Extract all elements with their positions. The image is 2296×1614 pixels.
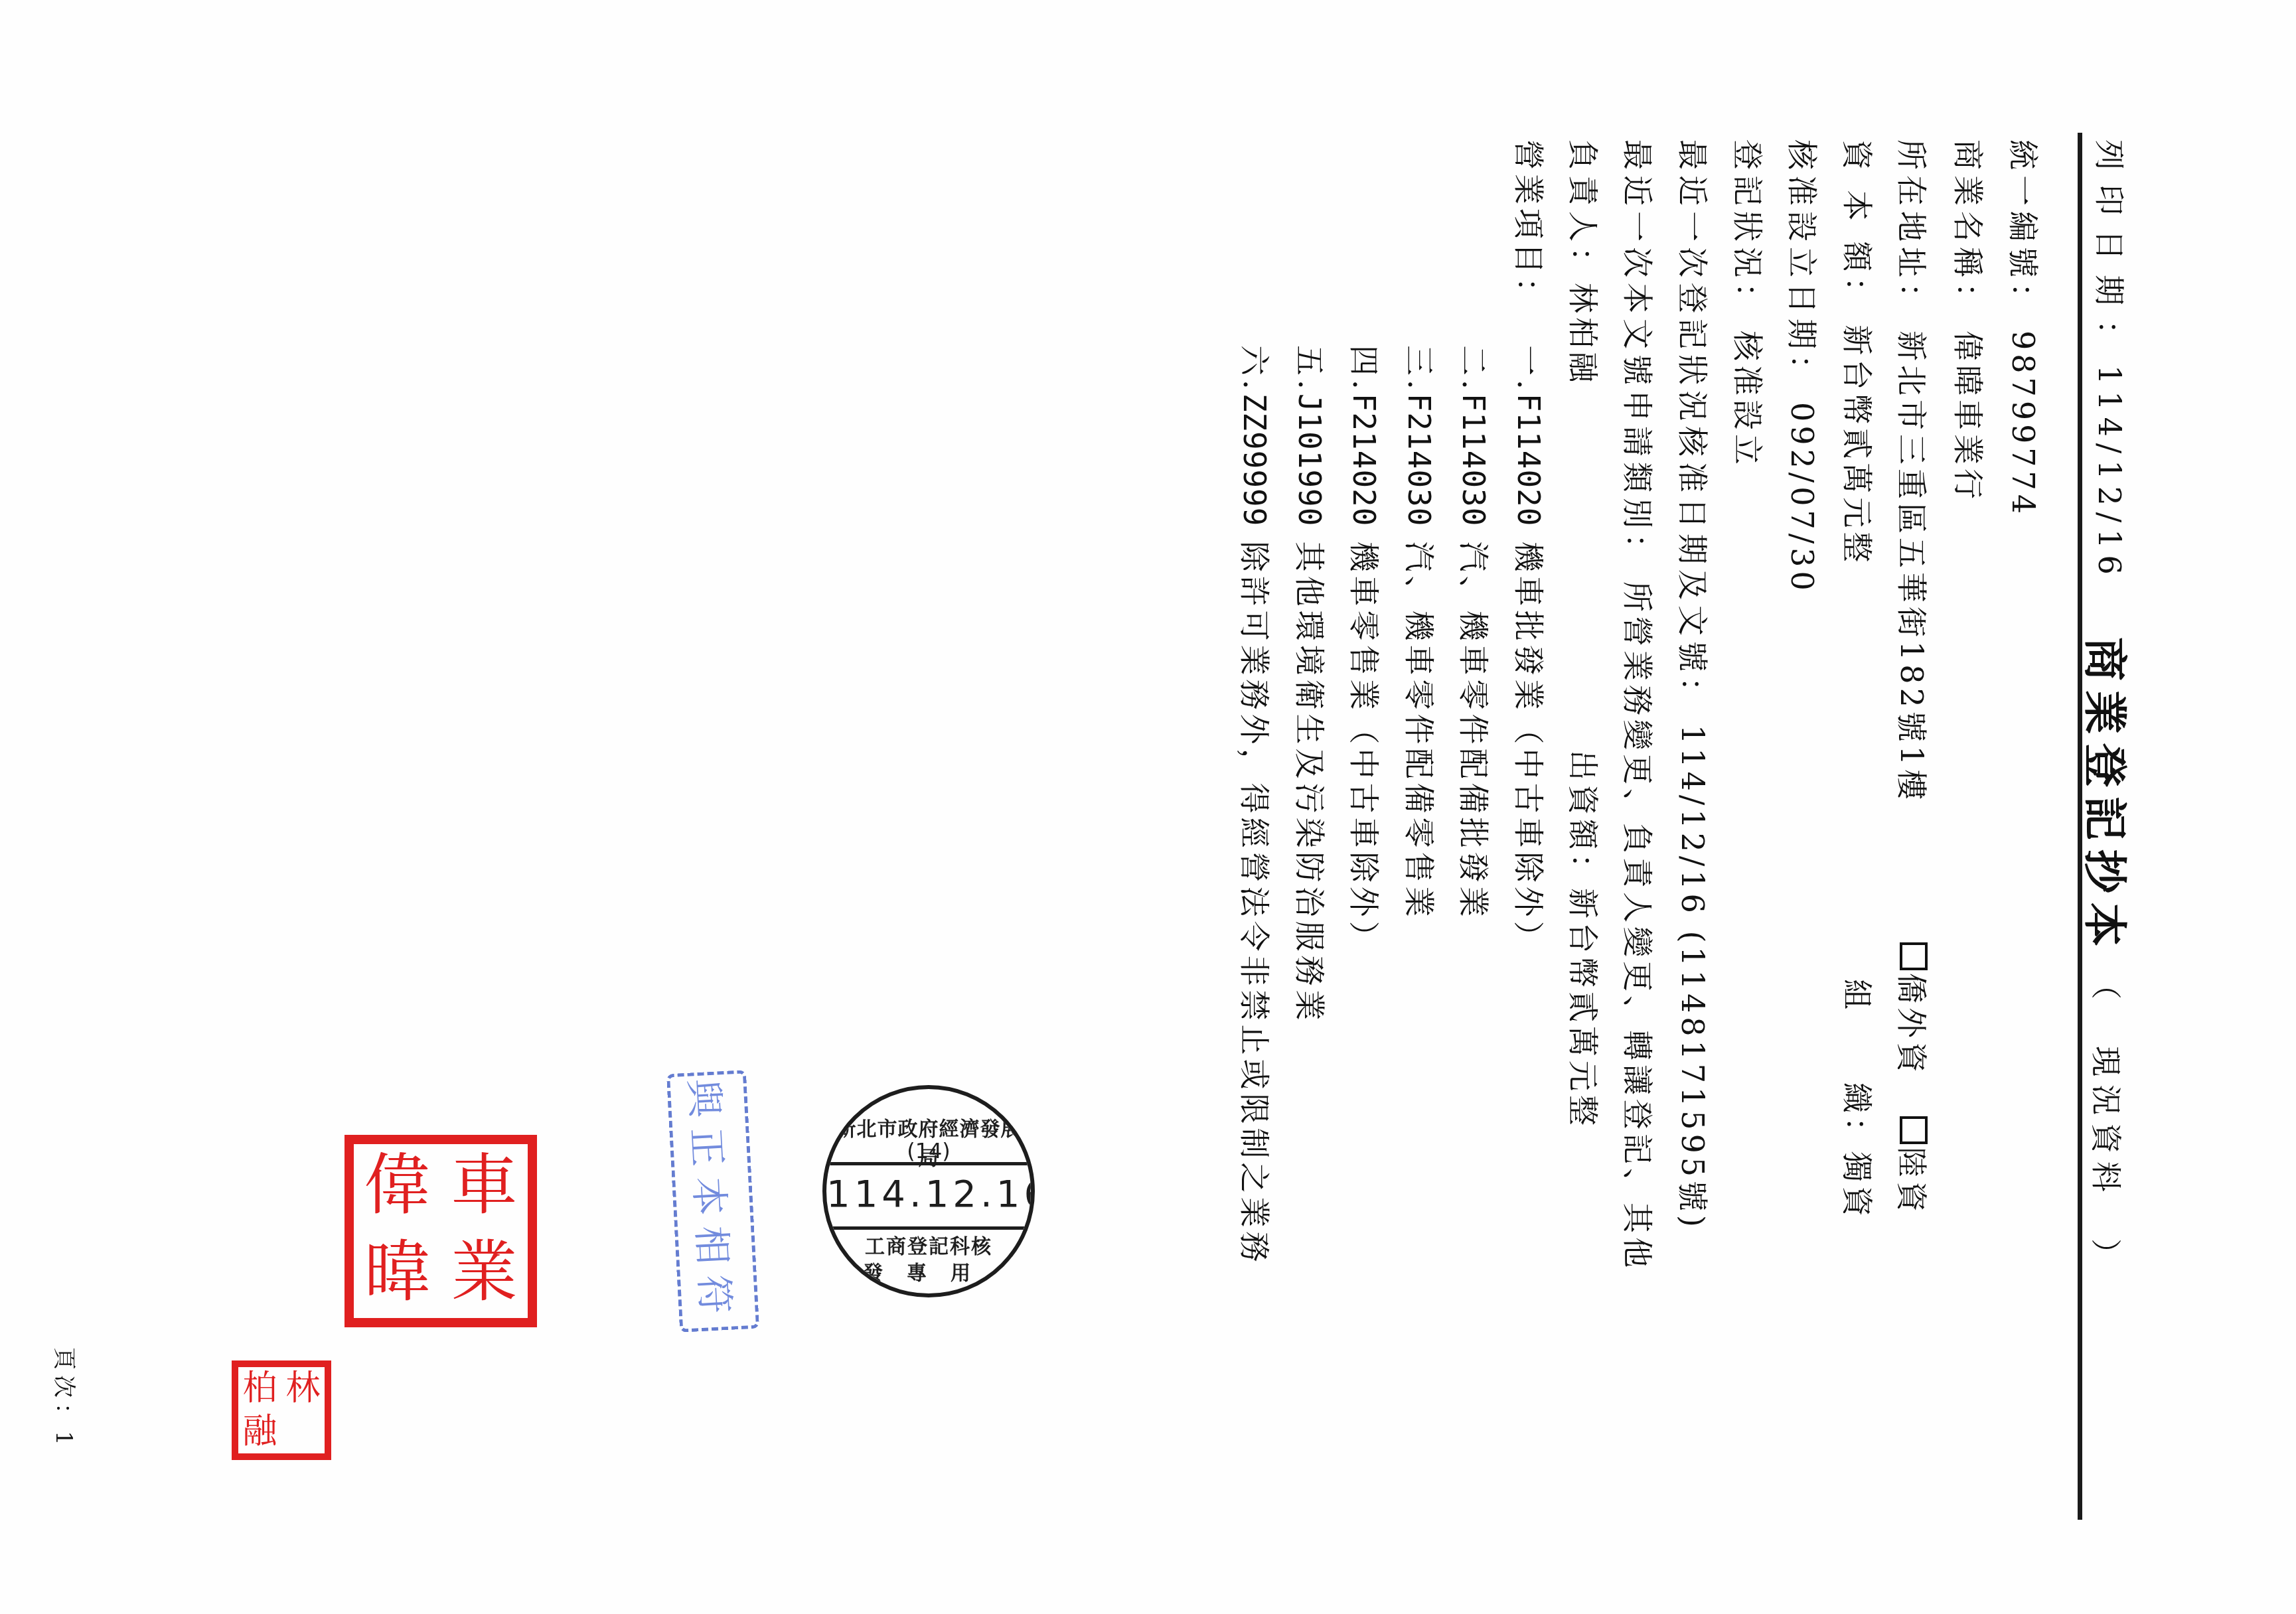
document-subtitle: （ 現況資料 ） <box>2086 969 2130 1277</box>
overseas-chinese-label: 僑外資 <box>1894 973 1930 1076</box>
date-seal-purpose: 發專用 <box>826 1256 1031 1285</box>
mainland-checkbox <box>1900 1116 1928 1144</box>
latest-application-type-value: 所營業務變更、負責人變更、轉讓登記、其他 <box>1620 581 1655 1272</box>
company-seal-char: 暐 <box>354 1231 441 1318</box>
organization-value: 獨資 <box>1839 1151 1875 1220</box>
address-row: 所在地址：新北市三重區五華街182號1樓 <box>1892 139 1936 804</box>
unified-number-value: 98799774 <box>2005 330 2041 518</box>
item-code: F114030 <box>1456 394 1492 527</box>
date-seal-date: 114.12.16 <box>826 1173 1031 1216</box>
item-code: ZZ99999 <box>1237 394 1273 527</box>
capital-contribution-label: 出資額： <box>1565 750 1601 888</box>
capital-contribution-value: 新台幣貳萬元整 <box>1565 888 1601 1130</box>
capital-contribution: 出資額：新台幣貳萬元整 <box>1563 750 1607 1130</box>
registration-status-label: 登記狀況： <box>1728 139 1772 319</box>
item-desc: 汽、機車零件配備批發業 <box>1456 542 1492 921</box>
person-seal-char: 柏 <box>238 1367 281 1410</box>
capital-source-checkboxes: 僑外資陸資 <box>1892 942 1936 1216</box>
person-seal-char: 林 <box>281 1367 325 1410</box>
item-index: 六. <box>1237 345 1273 394</box>
responsible-person-value: 林柏融 <box>1565 283 1601 386</box>
capital-value: 新台幣貳萬元整 <box>1839 325 1875 566</box>
establish-date-value: 092/07/30 <box>1784 402 1820 595</box>
business-items-list: 一.F114020機車批發業（中古車除外） 二.F114030汽、機車零件配備批… <box>1224 345 1553 1266</box>
person-seal-char <box>281 1410 325 1453</box>
item-desc: 機車零售業（中古車除外） <box>1347 542 1383 956</box>
responsible-person-row: 負責人：林柏融 <box>1563 139 1607 386</box>
date-seal-number: (14) <box>826 1138 1031 1163</box>
business-item: 一.F114020機車批發業（中古車除外） <box>1498 345 1553 1266</box>
registration-status-value: 核准設立 <box>1730 330 1766 469</box>
item-code: J101990 <box>1292 394 1328 527</box>
company-seal-char: 偉 <box>354 1144 441 1231</box>
item-desc: 機車批發業（中古車除外） <box>1511 542 1547 956</box>
business-item: 四.F214020機車零售業（中古車除外） <box>1334 345 1389 1266</box>
document-title: 商業登記抄本 <box>2077 637 2140 956</box>
item-code: F214020 <box>1347 394 1383 527</box>
mainland-label: 陸資 <box>1894 1147 1930 1216</box>
responsible-person-label: 負責人： <box>1563 139 1607 283</box>
unified-number-label: 統一編號： <box>2003 139 2047 319</box>
capital-label: 資 本 額： <box>1837 139 1881 313</box>
company-seal: 偉 車 暐 業 <box>344 1135 537 1327</box>
item-code: F114020 <box>1511 394 1547 527</box>
print-date-value: 114/12/16 <box>2092 365 2127 581</box>
latest-approval-row: 最近一次登記狀況核准日期及文號：114/12/16 (1148171595號) <box>1673 139 1717 1231</box>
item-index: 二. <box>1456 345 1492 394</box>
organization-label: 組 織： <box>1839 979 1875 1151</box>
item-code: F214030 <box>1401 394 1437 527</box>
business-item: 六.ZZ99999除許可業務外，得經營法令非禁止或限制之業務 <box>1224 345 1279 1266</box>
item-index: 四. <box>1347 345 1383 394</box>
business-item: 五.J101990其他環境衛生及污染防治服務業 <box>1279 345 1334 1266</box>
print-date: 列印日期：114/12/16 <box>2090 139 2133 581</box>
company-seal-char: 業 <box>441 1231 528 1318</box>
establish-date-label: 核准設立日期： <box>1782 139 1826 390</box>
official-date-seal: 新北市政府經濟發展局 (14) 114.12.16 工商登記科核 發專用 <box>822 1085 1035 1297</box>
business-item: 二.F114030汽、機車零件配備批發業 <box>1443 345 1498 1266</box>
page-number-value: 1 <box>50 1431 77 1451</box>
business-item: 三.F214030汽、機車零件配備零售業 <box>1389 345 1444 1266</box>
page-number: 頁次：1 <box>50 1347 82 1451</box>
company-seal-char: 車 <box>441 1144 528 1231</box>
latest-application-type-label: 最近一次本文號申請類別： <box>1618 139 1661 569</box>
registration-status-row: 登記狀況：核准設立 <box>1728 139 1772 469</box>
item-index: 一. <box>1511 345 1547 394</box>
date-seal-department: 工商登記科核 <box>826 1230 1031 1259</box>
latest-application-type-row: 最近一次本文號申請類別：所營業務變更、負責人變更、轉讓登記、其他 <box>1618 139 1661 1272</box>
item-desc: 汽、機車零件配備零售業 <box>1401 542 1437 921</box>
responsible-person-seal: 柏 林 融 <box>232 1360 331 1460</box>
latest-approval-value: 114/12/16 (1148171595號) <box>1675 725 1711 1231</box>
capital-row: 資 本 額：新台幣貳萬元整 <box>1837 139 1881 566</box>
address-value: 新北市三重區五華街182號1樓 <box>1894 330 1930 804</box>
item-desc: 其他環境衛生及污染防治服務業 <box>1292 542 1328 1025</box>
address-label: 所在地址： <box>1892 139 1936 319</box>
item-desc: 除許可業務外，得經營法令非禁止或限制之業務 <box>1237 542 1273 1266</box>
latest-approval-label: 最近一次登記狀況核准日期及文號： <box>1673 139 1717 713</box>
business-name-row: 商業名稱：偉暐車業行 <box>1948 139 1992 503</box>
business-name-value: 偉暐車業行 <box>1950 330 1986 503</box>
print-date-label: 列印日期： <box>2092 139 2127 365</box>
person-seal-char: 融 <box>238 1410 281 1453</box>
page-number-label: 頁次： <box>50 1347 77 1431</box>
item-index: 五. <box>1292 345 1328 394</box>
certified-copy-stamp: 與正本相符 <box>666 1070 759 1333</box>
header-divider <box>2078 133 2082 1520</box>
organization-row: 組 織：獨資 <box>1837 979 1881 1220</box>
business-items-label: 營業項目： <box>1509 139 1553 312</box>
unified-number-row: 統一編號：98799774 <box>2003 139 2047 518</box>
establish-date-row: 核准設立日期：092/07/30 <box>1782 139 1826 595</box>
registration-transcript-page: 列印日期：114/12/16 商業登記抄本 （ 現況資料 ） 統一編號：9879… <box>0 0 2296 1614</box>
item-index: 三. <box>1401 345 1437 394</box>
business-name-label: 商業名稱： <box>1948 139 1992 319</box>
overseas-chinese-checkbox <box>1900 942 1928 970</box>
